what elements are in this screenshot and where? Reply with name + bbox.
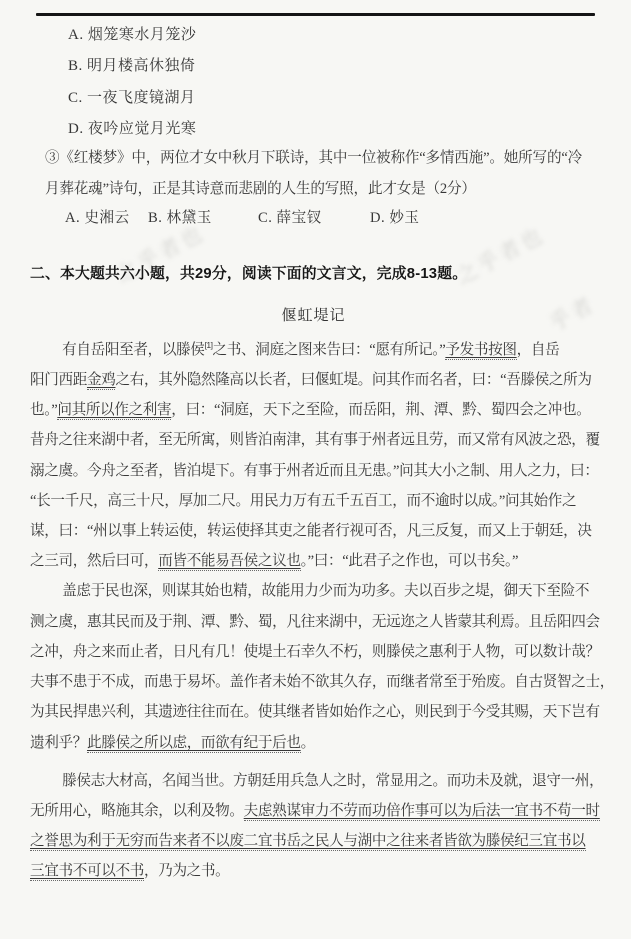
passage-text: 也。” [30,402,57,418]
couplet-options-list: A. 烟笼寒水月笼沙B. 明月楼高休独倚C. 一夜飞度镜湖月D. 夜吟应觉月光寒 [68,20,196,145]
passage-line-7: 谋，曰：“州以事上转运使，转运使择其吏之能者行视可否，凡三反复，而又上于朝廷，决 [30,516,597,546]
passage-line-17: 之誉思为利于无穷而告来者不以废二宜书岳之民人与湖中之往来者皆欲为滕侯纪三宜书以 [30,826,597,856]
underlined-phrase: 三宜书不可以不书 [30,863,144,881]
passage-text: 。 [301,735,315,751]
couplet-option-c: C. 一夜飞度镜湖月 [68,83,196,114]
passage-text: 之右，其外隐然隆高以长者，曰偃虹堤。问其作而名者，曰：“吾滕侯之所为 [115,372,591,388]
passage-line-6: “长一千尺，高三十尺，厚加二尺。用民力万有五千五百工，而不逾时以成。”问其始作之 [30,486,597,516]
honglou-line-2: 月葬花魂”诗句，正是其诗意而悲剧的人生的写照，此才女是（2分） [45,174,582,205]
passage-text: 遗利乎？ [30,735,87,751]
passage-text: 溺之虞。今舟之至者，皆泊堤下。有事于州者近而且无患。”问其大小之制、用人之力，曰… [30,463,599,479]
passage-text: 昔舟之往来湖中者，至无所寓，则皆泊南津，其有事于州者远且劳，而又常有风波之恐，覆 [30,432,600,448]
passage-text: 测之虞，惠其民而及于荆、潭、黔、蜀，凡往来湖中，无远迩之人皆蒙其利焉。且岳阳四会 [30,614,600,630]
passage-line-10: 测之虞，惠其民而及于荆、潭、黔、蜀，凡往来湖中，无远迩之人皆蒙其利焉。且岳阳四会 [30,607,597,637]
passage-text: ，曰：“洞庭，天下之至险，而岳阳，荆、潭、黔、蜀四会之冲也。 [171,402,590,418]
classical-passage: 偃虹堤记 有自岳阳至者，以滕侯[1]之书、洞庭之图来告曰：“愿有所记。”予发书按… [30,302,597,887]
passage-text: 无所用心，略施其余，以利及物。 [30,803,244,819]
passage-text: 谋，曰：“州以事上转运使，转运使择其吏之能者行视可否，凡三反复，而又上于朝廷，决 [30,523,592,539]
honglou-line-1: ③《红楼梦》中，两位才女中秋月下联诗，其中一位被称作“多情西施”。她所写的“冷 [45,143,582,174]
passage-text: 盖虑于民也深，则谋其始也精，故能用力少而为功多。夫以百步之堤，御天下至险不 [62,583,589,599]
passage-line-13: 为其民捍患兴利，其遗迹往往而在。使其继者皆如始作之心，则民到于今受其赐，天下岂有 [30,697,597,727]
honglou-option-d: D. 妙玉 [370,206,420,227]
passage-text: ，自岳 [517,342,560,358]
passage-line-4: 昔舟之往来湖中者，至无所寓，则皆泊南津，其有事于州者远且劳，而又常有风波之恐，覆 [30,425,597,455]
passage-line-14: 遗利乎？此滕侯之所以虑，而欲有纪于后也。 [30,728,597,758]
passage-text: 之书、洞庭之图来告曰：“愿有所记。” [213,342,446,358]
passage-line-18: 三宜书不可以不书，乃为之书。 [30,856,597,886]
passage-text: 。”曰：“此君子之作也，可以书矣。” [301,553,518,569]
passage-text: 为其民捍患兴利，其遗迹往往而在。使其继者皆如始作之心，则民到于今受其赐，天下岂有 [30,704,600,720]
passage-line-11: 之冲，舟之来而止者，日凡有几！使堤土石幸久不朽，则滕侯之惠利于人物，可以数计哉？ [30,637,597,667]
passage-text: 夫事不患于不成，而患于易坏。盖作者未始不欲其久存，而继者常至于殆废。自古贤智之士… [30,674,614,690]
honglou-option-a: A. 史湘云 [65,206,148,227]
underlined-phrase: 之誉思为利于无穷而告来者不以废二宜书岳之民人与湖中之往来者皆欲为滕侯纪三宜书以 [30,833,586,851]
passage-text: 之冲，舟之来而止者，日凡有几！使堤土石幸久不朽，则滕侯之惠利于人物，可以数计哉？ [30,644,600,660]
passage-text: 滕侯志大材高，名闻当世。方朝廷用兵急人之时，常显用之。而功未及就，退守一州， [62,773,603,789]
honglou-option-c: C. 薛宝钗 [258,206,370,227]
passage-text: “长一千尺，高三十尺，厚加二尺。用民力万有五千五百工，而不逾时以成。”问其始作之 [30,493,576,509]
passage-text: 阳门西距 [30,372,87,388]
passage-line-3: 也。”问其所以作之利害，曰：“洞庭，天下之至险，而岳阳，荆、潭、黔、蜀四会之冲也… [30,395,597,425]
underlined-phrase: 问其所以作之利害 [57,402,171,420]
passage-line-9: 盖虑于民也深，则谋其始也精，故能用力少而为功多。夫以百步之堤，御天下至险不 [30,576,597,606]
underlined-phrase: 而皆不能易吾侯之议也 [158,553,300,571]
passage-text: ，乃为之书。 [144,863,229,879]
underlined-phrase: 夫虑熟谋审力不劳而功倍作事可以为后法一宜书不苟一时 [244,803,600,821]
passage-line-15: 滕侯志大材高，名闻当世。方朝廷用兵急人之时，常显用之。而功未及就，退守一州， [30,766,597,796]
underlined-phrase: 此滕侯之所以虑，而欲有纪于后也 [87,735,301,753]
couplet-option-d: D. 夜吟应觉月光寒 [68,114,196,145]
passage-text: 有自岳阳至者，以滕侯 [62,342,204,358]
passage-line-2: 阳门西距金鸡之右，其外隐然隆高以长者，曰偃虹堤。问其作而名者，曰：“吾滕侯之所为 [30,365,597,395]
scanned-exam-page: 之乎者也之乎者也乎者 A. 烟笼寒水月笼沙B. 明月楼高休独倚C. 一夜飞度镜湖… [0,0,631,939]
couplet-option-a: A. 烟笼寒水月笼沙 [68,20,196,51]
footnote-marker: [1] [205,340,213,350]
passage-line-12: 夫事不患于不成，而患于易坏。盖作者未始不欲其久存，而继者常至于殆废。自古贤智之士… [30,667,597,697]
underlined-phrase: 予发书按图 [445,342,516,360]
honglou-option-b: B. 林黛玉 [148,206,258,227]
top-rule [36,13,595,16]
passage-line-16: 无所用心，略施其余，以利及物。夫虑熟谋审力不劳而功倍作事可以为后法一宜书不苟一时 [30,796,597,826]
honglou-options-row: A. 史湘云B. 林黛玉C. 薛宝钗D. 妙玉 [65,206,420,227]
underlined-phrase: 金鸡 [87,372,116,390]
passage-line-8: 之三司，然后曰可，而皆不能易吾侯之议也。”曰：“此君子之作也，可以书矣。” [30,546,597,576]
question-honglou-text: ③《红楼梦》中，两位才女中秋月下联诗，其中一位被称作“多情西施”。她所写的“冷月… [45,143,582,205]
passage-title: 偃虹堤记 [30,302,597,330]
passage-text: 之三司，然后曰可， [30,553,158,569]
couplet-option-b: B. 明月楼高休独倚 [68,51,196,82]
passage-lines: 有自岳阳至者，以滕侯[1]之书、洞庭之图来告曰：“愿有所记。”予发书按图，自岳阳… [30,330,597,887]
passage-line-5: 溺之虞。今舟之至者，皆泊堤下。有事于州者近而且无患。”问其大小之制、用人之力，曰… [30,456,597,486]
passage-line-1: 有自岳阳至者，以滕侯[1]之书、洞庭之图来告曰：“愿有所记。”予发书按图，自岳 [30,330,597,365]
section-two-header: 二、本大题共六小题，共29分，阅读下面的文言文，完成8-13题。 [30,262,467,286]
